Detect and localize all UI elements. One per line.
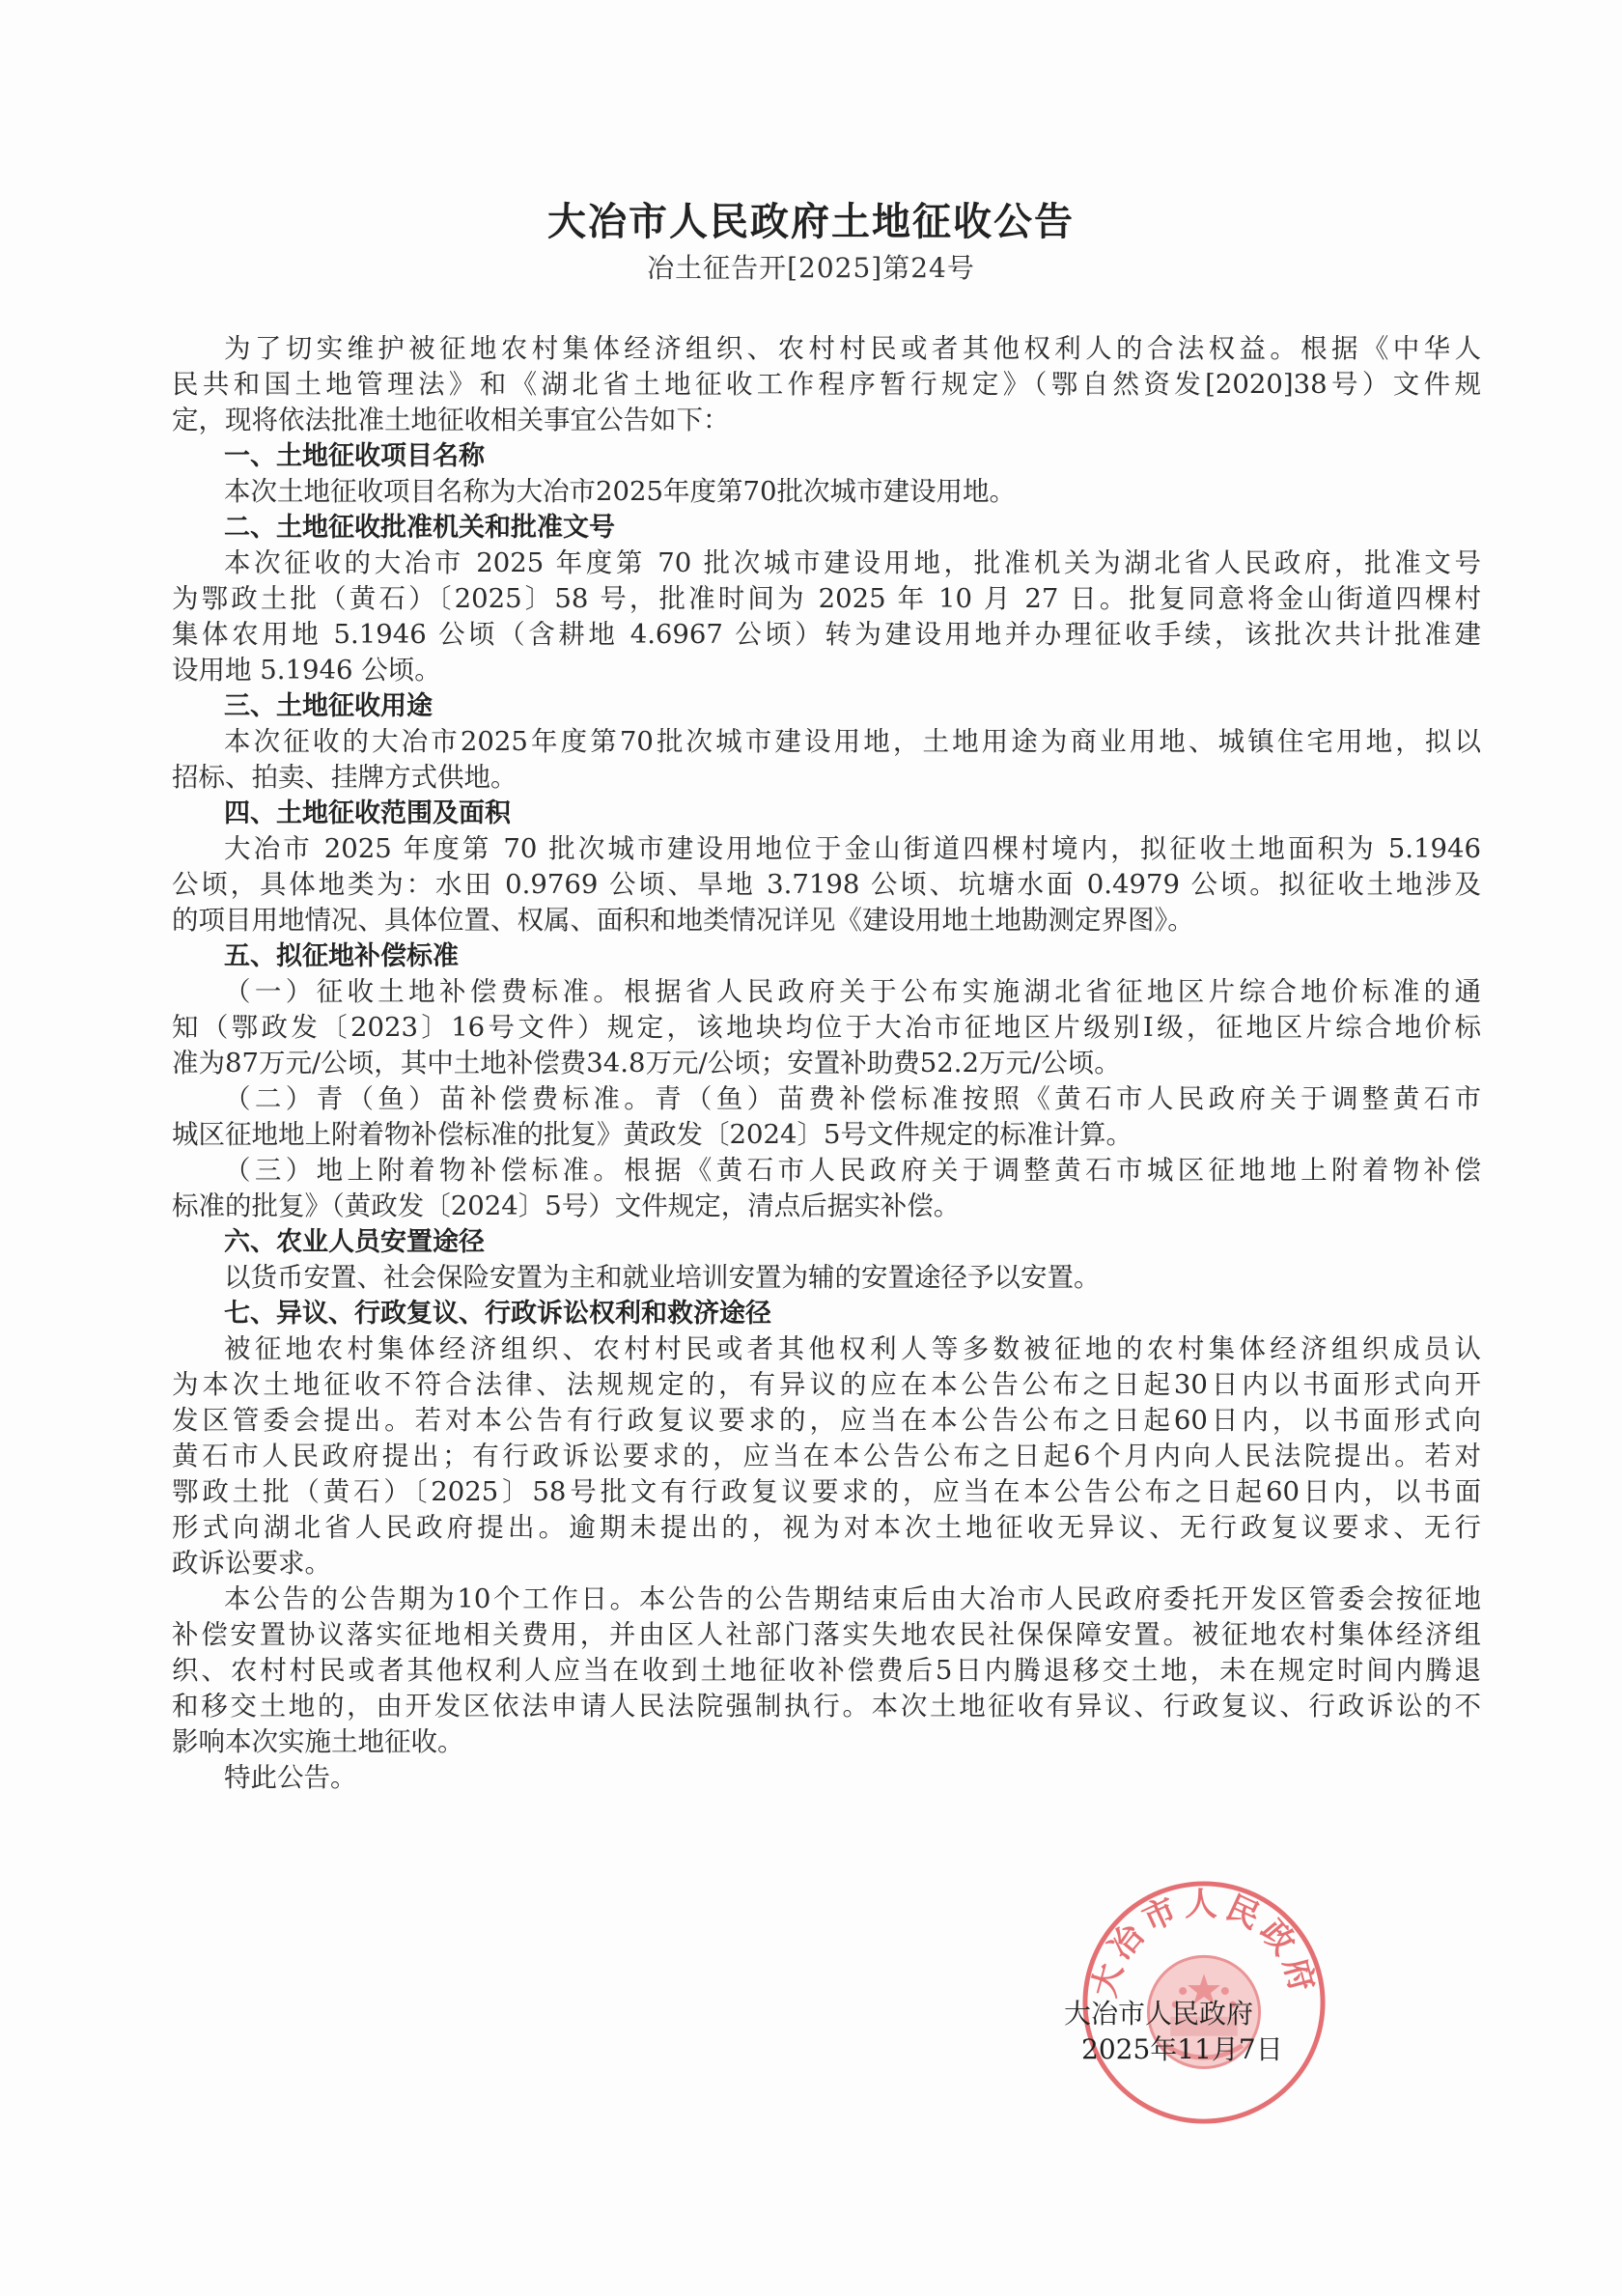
section-5-2-line: （二）青（鱼）苗补偿费标准。青（鱼）苗费补偿标准按照《黄石市人民政府关于调整黄石…: [172, 1081, 1481, 1117]
section-7-line: 发区管委会提出。若对本公告有行政复议要求的，应当在本公告公布之日起60日内，以书…: [172, 1403, 1481, 1439]
closing-line: 织、农村村民或者其他权利人应当在收到土地征收补偿费后5日内腾退移交土地，未在规定…: [172, 1653, 1481, 1689]
section-4-line: 公顷，具体地类为：水田 0.9769 公顷、旱地 3.7198 公顷、坑塘水面 …: [172, 867, 1481, 903]
section-heading-4: 四、土地征收范围及面积: [172, 796, 1481, 831]
section-heading-6: 六、农业人员安置途径: [172, 1224, 1481, 1260]
section-heading-3: 三、土地征收用途: [172, 688, 1481, 724]
closing-line: 影响本次实施土地征收。: [172, 1724, 1481, 1760]
section-5-3-line: （三）地上附着物补偿标准。根据《黄石市人民政府关于调整黄石市城区征地地上附着物补…: [172, 1153, 1481, 1189]
issuer-name: 大冶市人民政府: [1064, 1998, 1253, 2030]
closing-phrase: 特此公告。: [172, 1760, 1481, 1796]
section-5-1-line: 知（鄂政发〔2023〕16号文件）规定，该地块均位于大冶市征地区片级别I级，征地…: [172, 1010, 1481, 1046]
section-7-line: 为本次土地征收不符合法律、法规规定的，有异议的应在本公告公布之日起30日内以书面…: [172, 1367, 1481, 1403]
section-5-2-line: 城区征地地上附着物补偿标准的批复》黄政发〔2024〕5号文件规定的标准计算。: [172, 1117, 1481, 1153]
section-1-line: 本次土地征收项目名称为大冶市2025年度第70批次城市建设用地。: [172, 474, 1481, 510]
document-body: 为了切实维护被征地农村集体经济组织、农村村民或者其他权利人的合法权益。根据《中华…: [172, 331, 1481, 1796]
closing-line: 补偿安置协议落实征地相关费用，并由区人社部门落实失地农民社保保障安置。被征地农村…: [172, 1617, 1481, 1653]
section-5-1-line: （一）征收土地补偿费标准。根据省人民政府关于公布实施湖北省征地区片综合地价标准的…: [172, 974, 1481, 1010]
section-heading-5: 五、拟征地补偿标准: [172, 938, 1481, 974]
section-4-line: 大冶市 2025 年度第 70 批次城市建设用地位于金山街道四棵村境内，拟征收土…: [172, 831, 1481, 867]
section-4-line: 的项目用地情况、具体位置、权属、面积和地类情况详见《建设用地土地勘测定界图》。: [172, 903, 1481, 938]
section-7-line: 形式向湖北省人民政府提出。逾期未提出的，视为对本次土地征收无异议、无行政复议要求…: [172, 1510, 1481, 1546]
section-heading-2: 二、土地征收批准机关和批准文号: [172, 510, 1481, 546]
section-7-line: 黄石市人民政府提出；有行政诉讼要求的，应当在本公告公布之日起6个月内向人民法院提…: [172, 1439, 1481, 1474]
closing-line: 和移交土地的，由开发区依法申请人民法院强制执行。本次土地征收有异议、行政复议、行…: [172, 1689, 1481, 1724]
document-number: 冶土征告开[2025]第24号: [0, 249, 1622, 288]
section-heading-1: 一、土地征收项目名称: [172, 438, 1481, 474]
section-2-line: 集体农用地 5.1946 公顷（含耕地 4.6967 公顷）转为建设用地并办理征…: [172, 617, 1481, 653]
section-7-line: 鄂政土批（黄石）〔2025〕58号批文有行政复议要求的，应当在本公告公布之日起6…: [172, 1474, 1481, 1510]
section-3-line: 本次征收的大冶市2025年度第70批次城市建设用地，土地用途为商业用地、城镇住宅…: [172, 724, 1481, 760]
signature-block: 大冶市人民政府 2025年11月7日: [1064, 1996, 1283, 2067]
closing-line: 本公告的公告期为10个工作日。本公告的公告期结束后由大冶市人民政府委托开发区管委…: [172, 1582, 1481, 1617]
section-5-3-line: 标准的批复》（黄政发〔2024〕5号）文件规定，清点后据实补偿。: [172, 1189, 1481, 1224]
intro-line: 定，现将依法批准土地征收相关事宜公告如下：: [172, 403, 1481, 438]
section-2-line: 为鄂政土批（黄石）〔2025〕58 号，批准时间为 2025 年 10 月 27…: [172, 581, 1481, 617]
section-6-line: 以货币安置、社会保险安置为主和就业培训安置为辅的安置途径予以安置。: [172, 1260, 1481, 1296]
document-title: 大冶市人民政府土地征收公告: [0, 197, 1622, 247]
section-5-1-line: 准为87万元/公顷，其中土地补偿费34.8万元/公顷；安置补助费52.2万元/公…: [172, 1046, 1481, 1081]
intro-line: 民共和国土地管理法》和《湖北省土地征收工作程序暂行规定》（鄂自然资发[2020]…: [172, 367, 1481, 403]
intro-line: 为了切实维护被征地农村集体经济组织、农村村民或者其他权利人的合法权益。根据《中华…: [172, 331, 1481, 367]
document-page: 大冶市人民政府土地征收公告 冶土征告开[2025]第24号 为了切实维护被征地农…: [0, 0, 1622, 2296]
section-2-line: 设用地 5.1946 公顷。: [172, 653, 1481, 688]
section-heading-7: 七、异议、行政复议、行政诉讼权利和救济途径: [172, 1296, 1481, 1331]
section-7-line: 政诉讼要求。: [172, 1546, 1481, 1582]
section-2-line: 本次征收的大冶市 2025 年度第 70 批次城市建设用地，批准机关为湖北省人民…: [172, 546, 1481, 581]
section-3-line: 招标、拍卖、挂牌方式供地。: [172, 760, 1481, 796]
issue-date: 2025年11月7日: [1064, 2031, 1283, 2067]
section-7-line: 被征地农村集体经济组织、农村村民或者其他权利人等多数被征地的农村集体经济组织成员…: [172, 1331, 1481, 1367]
